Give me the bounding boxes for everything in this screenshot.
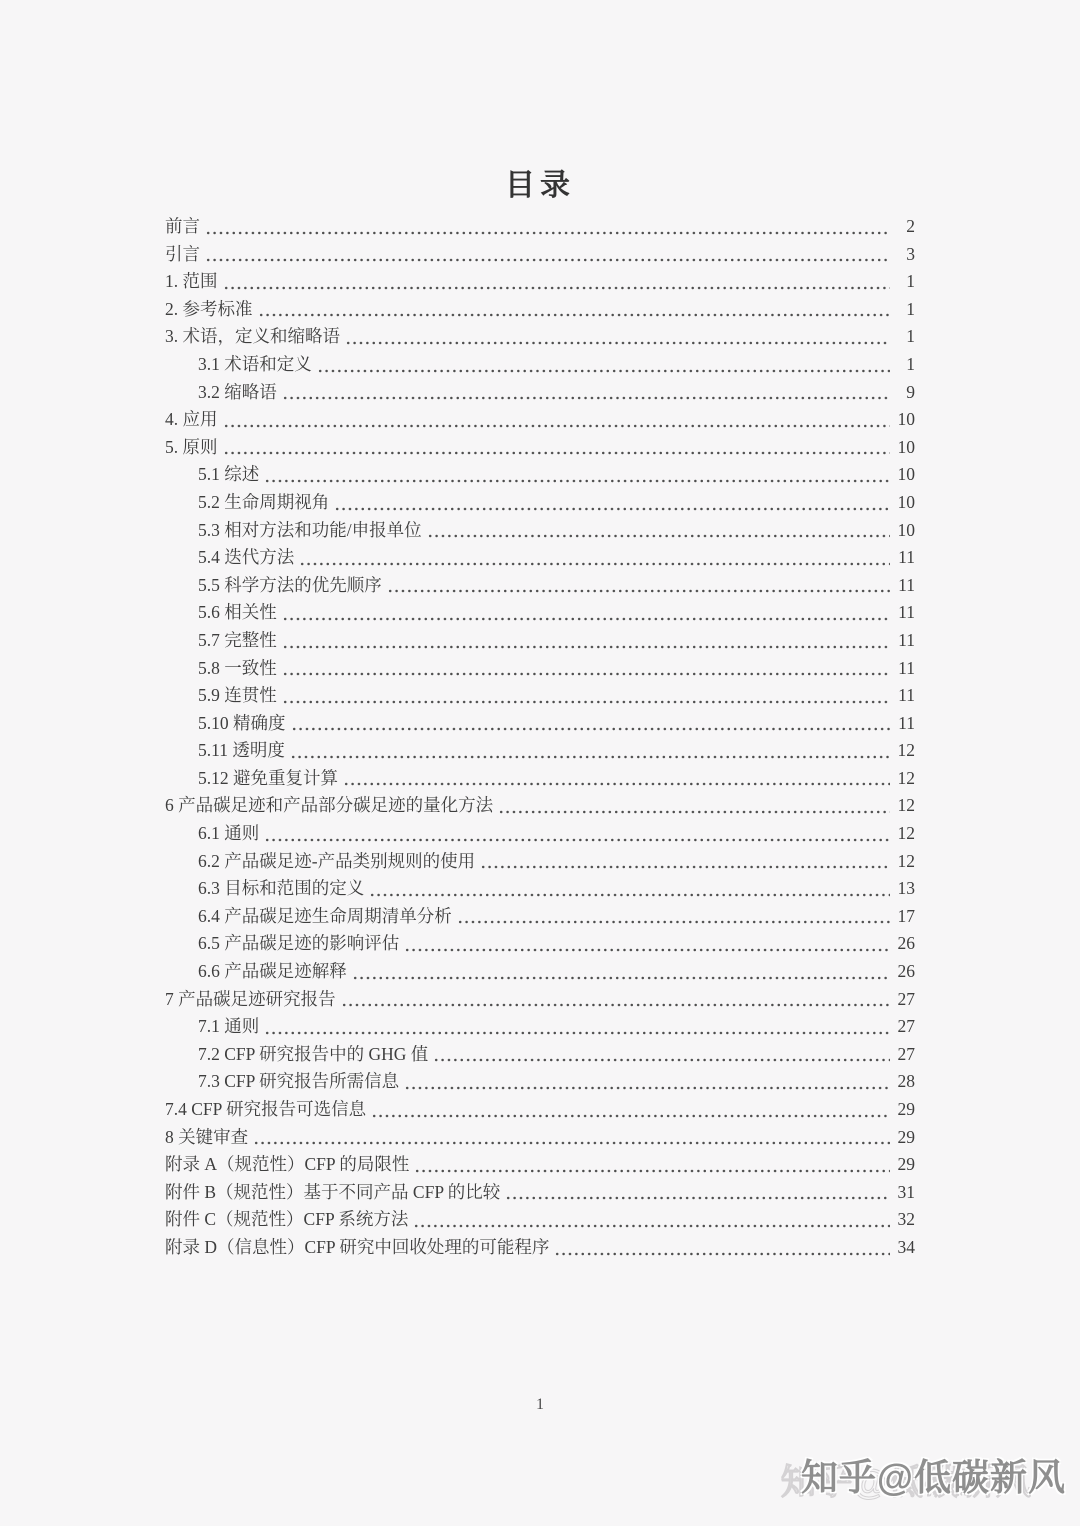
toc-entry-label: 3.2 缩略语 — [198, 379, 277, 407]
toc-entry-label: 2. 参考标准 — [165, 296, 253, 324]
toc-entry-page: 26 — [893, 958, 915, 986]
toc-entry-label: 前言 — [165, 213, 200, 241]
toc-entry-label: 4. 应用 — [165, 406, 218, 434]
toc-entry-label: 附件 C（规范性）CFP 系统方法 — [165, 1206, 408, 1234]
toc-entry: 5.11 透明度 12 — [165, 737, 915, 765]
toc-entry-label: 7.2 CFP 研究报告中的 GHG 值 — [198, 1041, 428, 1069]
toc-entry: 5.4 迭代方法 11 — [165, 544, 915, 572]
toc-entry: 3.1 术语和定义 1 — [165, 351, 915, 379]
toc-dot-leader — [223, 424, 891, 428]
toc-entry-page: 1 — [893, 296, 915, 324]
toc-dot-leader — [223, 451, 891, 455]
toc-entry-page: 17 — [893, 903, 915, 931]
toc-entry: 3. 术语，定义和缩略语 1 — [165, 323, 915, 351]
toc-entry: 5.8 一致性 11 — [165, 655, 915, 683]
toc-entry-label: 5.4 迭代方法 — [198, 544, 294, 572]
toc-entry-label: 引言 — [165, 241, 200, 269]
toc-entry: 5. 原则 10 — [165, 434, 915, 462]
toc-dot-leader — [505, 1196, 890, 1200]
toc-dot-leader — [223, 286, 891, 290]
toc-entry-label: 6.1 通则 — [198, 820, 259, 848]
toc-dot-leader — [345, 341, 890, 345]
toc-entry: 5.5 科学方法的优先顺序 11 — [165, 572, 915, 600]
toc-entry: 5.1 综述 10 — [165, 461, 915, 489]
toc-entry: 6.6 产品碳足迹解释 26 — [165, 958, 915, 986]
toc-dot-leader — [413, 1224, 890, 1228]
toc-entry-label: 5.6 相关性 — [198, 599, 277, 627]
toc-entry-label: 5. 原则 — [165, 434, 218, 462]
toc-entry: 5.12 避免重复计算 12 — [165, 765, 915, 793]
toc-entry-page: 27 — [893, 986, 915, 1014]
toc-dot-leader — [317, 369, 890, 373]
toc-entry-label: 1. 范围 — [165, 268, 218, 296]
toc-entry-page: 31 — [893, 1179, 915, 1207]
toc-entry-page: 27 — [893, 1041, 915, 1069]
toc-entry: 7.2 CFP 研究报告中的 GHG 值 27 — [165, 1041, 915, 1069]
toc-entry-label: 附录 D（信息性）CFP 研究中回收处理的可能程序 — [165, 1234, 549, 1262]
toc-entry-page: 11 — [893, 655, 915, 683]
toc-entry-label: 5.5 科学方法的优先顺序 — [198, 572, 382, 600]
toc-dot-leader — [387, 589, 890, 593]
toc-list: 前言 2 引言 3 1. 范围 1 2. 参考标准 1 3. 术语，定义和缩略语… — [165, 213, 915, 1262]
toc-entry-label: 5.3 相对方法和功能/申报单位 — [198, 517, 422, 545]
toc-entry-page: 3 — [893, 241, 915, 269]
toc-entry-label: 8 关键审查 — [165, 1124, 248, 1152]
toc-entry-label: 5.10 精确度 — [198, 710, 286, 738]
toc-dot-leader — [299, 562, 890, 566]
toc-entry-page: 12 — [893, 792, 915, 820]
toc-entry: 附录 D（信息性）CFP 研究中回收处理的可能程序 34 — [165, 1234, 915, 1262]
toc-dot-leader — [264, 838, 890, 842]
toc-entry-page: 10 — [893, 434, 915, 462]
toc-dot-leader — [253, 1141, 890, 1145]
toc-entry-page: 12 — [893, 848, 915, 876]
toc-entry-page: 13 — [893, 875, 915, 903]
toc-entry-label: 6.5 产品碳足迹的影响评估 — [198, 930, 399, 958]
toc-entry-page: 10 — [893, 406, 915, 434]
toc-entry-page: 29 — [893, 1151, 915, 1179]
toc-dot-leader — [554, 1252, 890, 1256]
toc-entry-label: 5.8 一致性 — [198, 655, 277, 683]
toc-dot-leader — [352, 976, 890, 980]
toc-entry-page: 11 — [893, 572, 915, 600]
toc-entry-label: 附录 A（规范性）CFP 的局限性 — [165, 1151, 409, 1179]
toc-entry-page: 34 — [893, 1234, 915, 1262]
toc-entry-label: 7.1 通则 — [198, 1013, 259, 1041]
toc-entry: 3.2 缩略语 9 — [165, 379, 915, 407]
toc-entry: 7.1 通则 27 — [165, 1013, 915, 1041]
toc-dot-leader — [433, 1058, 890, 1062]
toc-dot-leader — [264, 479, 890, 483]
document-page: 目录 前言 2 引言 3 1. 范围 1 2. 参考标准 1 3. 术语，定义和… — [0, 0, 1080, 1526]
toc-entry-page: 9 — [893, 379, 915, 407]
toc-dot-leader — [498, 810, 890, 814]
toc-dot-leader — [457, 920, 890, 924]
toc-entry-label: 5.12 避免重复计算 — [198, 765, 338, 793]
toc-entry-page: 11 — [893, 627, 915, 655]
toc-entry: 附件 C（规范性）CFP 系统方法 32 — [165, 1206, 915, 1234]
toc-dot-leader — [290, 755, 890, 759]
toc-entry-label: 6.2 产品碳足迹-产品类别规则的使用 — [198, 848, 475, 876]
toc-dot-leader — [205, 258, 890, 262]
toc-entry-page: 26 — [893, 930, 915, 958]
watermark: 知乎@低碳新风 — [801, 1447, 1066, 1501]
toc-entry: 附录 A（规范性）CFP 的局限性 29 — [165, 1151, 915, 1179]
toc-entry: 6 产品碳足迹和产品部分碳足迹的量化方法 12 — [165, 792, 915, 820]
toc-dot-leader — [404, 1086, 890, 1090]
toc-entry: 7 产品碳足迹研究报告 27 — [165, 986, 915, 1014]
toc-entry-label: 3. 术语，定义和缩略语 — [165, 323, 340, 351]
toc-dot-leader — [343, 782, 890, 786]
toc-entry-page: 11 — [893, 682, 915, 710]
toc-entry-label: 5.1 综述 — [198, 461, 259, 489]
toc-entry: 引言 3 — [165, 241, 915, 269]
toc-entry-page: 2 — [893, 213, 915, 241]
toc-dot-leader — [205, 231, 890, 235]
toc-entry-label: 6.6 产品碳足迹解释 — [198, 958, 347, 986]
toc-entry-label: 5.7 完整性 — [198, 627, 277, 655]
toc-entry: 2. 参考标准 1 — [165, 296, 915, 324]
toc-entry: 8 关键审查 29 — [165, 1124, 915, 1152]
toc-entry-label: 5.11 透明度 — [198, 737, 285, 765]
toc-entry: 5.6 相关性 11 — [165, 599, 915, 627]
toc-entry-page: 10 — [893, 461, 915, 489]
toc-entry-label: 3.1 术语和定义 — [198, 351, 312, 379]
toc-entry-page: 11 — [893, 710, 915, 738]
toc-entry-label: 7.3 CFP 研究报告所需信息 — [198, 1068, 399, 1096]
toc-entry-page: 32 — [893, 1206, 915, 1234]
toc-dot-leader — [282, 396, 890, 400]
toc-entry: 5.3 相对方法和功能/申报单位 10 — [165, 517, 915, 545]
toc-entry: 6.5 产品碳足迹的影响评估 26 — [165, 930, 915, 958]
toc-entry-page: 12 — [893, 820, 915, 848]
toc-entry-label: 6.4 产品碳足迹生命周期清单分析 — [198, 903, 452, 931]
toc-entry-page: 29 — [893, 1124, 915, 1152]
toc-dot-leader — [264, 1031, 890, 1035]
toc-entry-page: 28 — [893, 1068, 915, 1096]
toc-entry-label: 6 产品碳足迹和产品部分碳足迹的量化方法 — [165, 792, 493, 820]
toc-dot-leader — [427, 534, 890, 538]
toc-entry-page: 1 — [893, 323, 915, 351]
toc-dot-leader — [404, 948, 890, 952]
toc-entry: 7.4 CFP 研究报告可选信息 29 — [165, 1096, 915, 1124]
toc-entry-label: 7 产品碳足迹研究报告 — [165, 986, 336, 1014]
toc-entry-label: 5.9 连贯性 — [198, 682, 277, 710]
toc-entry-label: 附件 B（规范性）基于不同产品 CFP 的比较 — [165, 1179, 500, 1207]
toc-entry-page: 27 — [893, 1013, 915, 1041]
toc-entry-label: 7.4 CFP 研究报告可选信息 — [165, 1096, 366, 1124]
toc-dot-leader — [291, 727, 891, 731]
toc-dot-leader — [369, 893, 890, 897]
toc-entry: 4. 应用 10 — [165, 406, 915, 434]
toc-entry-page: 10 — [893, 489, 915, 517]
toc-dot-leader — [334, 507, 890, 511]
toc-entry: 6.2 产品碳足迹-产品类别规则的使用 12 — [165, 848, 915, 876]
toc-entry: 5.10 精确度 11 — [165, 710, 915, 738]
toc-dot-leader — [282, 617, 890, 621]
toc-dot-leader — [414, 1169, 890, 1173]
toc-entry: 5.9 连贯性 11 — [165, 682, 915, 710]
toc-entry: 6.3 目标和范围的定义 13 — [165, 875, 915, 903]
toc-entry: 附件 B（规范性）基于不同产品 CFP 的比较 31 — [165, 1179, 915, 1207]
toc-dot-leader — [282, 700, 890, 704]
toc-entry: 1. 范围 1 — [165, 268, 915, 296]
toc-entry: 前言 2 — [165, 213, 915, 241]
toc-entry-label: 5.2 生命周期视角 — [198, 489, 329, 517]
page-title: 目录 — [0, 160, 1080, 204]
toc-dot-leader — [341, 1003, 890, 1007]
toc-entry: 6.1 通则 12 — [165, 820, 915, 848]
toc-entry-label: 6.3 目标和范围的定义 — [198, 875, 364, 903]
toc-entry: 5.2 生命周期视角 10 — [165, 489, 915, 517]
toc-entry: 7.3 CFP 研究报告所需信息 28 — [165, 1068, 915, 1096]
toc-entry: 6.4 产品碳足迹生命周期清单分析 17 — [165, 903, 915, 931]
toc-entry-page: 12 — [893, 765, 915, 793]
toc-entry-page: 10 — [893, 517, 915, 545]
toc-dot-leader — [282, 645, 890, 649]
toc-entry-page: 1 — [893, 351, 915, 379]
footer-page-number: 1 — [0, 1396, 1080, 1414]
toc-dot-leader — [480, 865, 890, 869]
toc-entry-page: 11 — [893, 599, 915, 627]
toc-entry-page: 11 — [893, 544, 915, 572]
toc-entry-page: 29 — [893, 1096, 915, 1124]
toc-dot-leader — [282, 672, 890, 676]
toc-entry-page: 1 — [893, 268, 915, 296]
toc-dot-leader — [371, 1114, 890, 1118]
toc-entry: 5.7 完整性 11 — [165, 627, 915, 655]
toc-dot-leader — [258, 313, 891, 317]
toc-entry-page: 12 — [893, 737, 915, 765]
